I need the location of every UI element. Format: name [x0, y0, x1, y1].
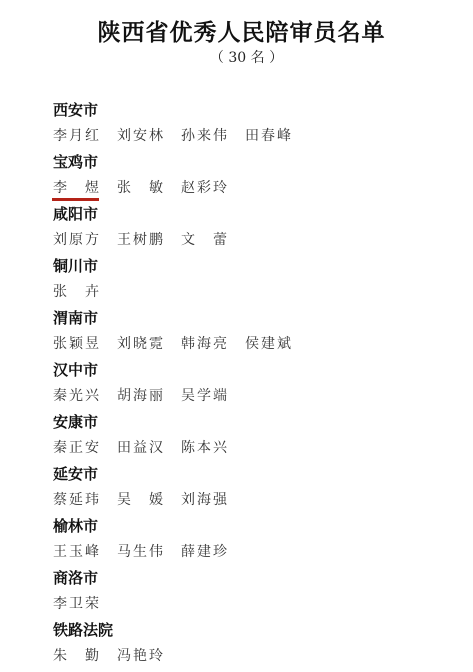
region-heading: 渭南市 [53, 305, 113, 331]
region-group: 榆林市王玉峰马生伟薛建珍 [53, 513, 113, 565]
highlight-underline [52, 198, 99, 201]
juror-name: 刘安林 [117, 123, 165, 149]
juror-name: 孙来伟 [181, 123, 229, 149]
region-heading: 榆林市 [53, 513, 113, 539]
region-group: 铜川市张 卉 [53, 253, 113, 305]
region-heading: 西安市 [53, 97, 113, 123]
region-group: 西安市李月红刘安林孙来伟田春峰 [53, 97, 113, 149]
juror-list: 西安市李月红刘安林孙来伟田春峰宝鸡市李 煜张 敏赵彩玲咸阳市刘原方王树鹏文 蕾铜… [53, 97, 113, 669]
juror-name: 文 蕾 [181, 227, 229, 253]
juror-name: 王树鹏 [117, 227, 165, 253]
names-row: 张颖昱刘晓霓韩海亮侯建斌 [53, 331, 113, 357]
names-row: 张 卉 [53, 279, 113, 305]
juror-name: 刘海强 [181, 487, 229, 513]
region-heading: 咸阳市 [53, 201, 113, 227]
region-group: 延安市蔡延玮吴 媛刘海强 [53, 461, 113, 513]
juror-name: 蔡延玮 [53, 487, 101, 513]
region-group: 商洛市李卫荣 [53, 565, 113, 617]
region-group: 咸阳市刘原方王树鹏文 蕾 [53, 201, 113, 253]
juror-name: 侯建斌 [245, 331, 293, 357]
juror-name: 刘原方 [53, 227, 101, 253]
names-row: 刘原方王树鹏文 蕾 [53, 227, 113, 253]
region-heading: 铜川市 [53, 253, 113, 279]
juror-name: 冯艳玲 [117, 643, 165, 669]
juror-name: 吴学端 [181, 383, 229, 409]
juror-name: 赵彩玲 [181, 175, 229, 201]
region-heading: 安康市 [53, 409, 113, 435]
region-heading: 铁路法院 [53, 617, 113, 643]
region-group: 宝鸡市李 煜张 敏赵彩玲 [53, 149, 113, 201]
juror-name: 秦光兴 [53, 383, 101, 409]
region-heading: 延安市 [53, 461, 113, 487]
region-heading: 汉中市 [53, 357, 113, 383]
juror-name: 李月红 [53, 123, 101, 149]
region-heading: 宝鸡市 [53, 149, 113, 175]
region-group: 安康市秦正安田益汉陈本兴 [53, 409, 113, 461]
juror-name: 李卫荣 [53, 591, 101, 617]
juror-name: 王玉峰 [53, 539, 101, 565]
juror-name: 张 敏 [117, 175, 165, 201]
names-row: 李月红刘安林孙来伟田春峰 [53, 123, 113, 149]
region-heading: 商洛市 [53, 565, 113, 591]
juror-name: 田益汉 [117, 435, 165, 461]
page-title: 陕西省优秀人民陪审员名单 [0, 14, 473, 47]
juror-name: 马生伟 [117, 539, 165, 565]
names-row: 朱 勤冯艳玲 [53, 643, 113, 669]
juror-name: 薛建珍 [181, 539, 229, 565]
juror-name: 张颖昱 [53, 331, 101, 357]
names-row: 李 煜张 敏赵彩玲 [53, 175, 113, 201]
juror-name: 陈本兴 [181, 435, 229, 461]
names-row: 蔡延玮吴 媛刘海强 [53, 487, 113, 513]
names-row: 李卫荣 [53, 591, 113, 617]
region-group: 汉中市秦光兴胡海丽吴学端 [53, 357, 113, 409]
region-group: 铁路法院朱 勤冯艳玲 [53, 617, 113, 669]
juror-name: 朱 勤 [53, 643, 101, 669]
names-row: 秦光兴胡海丽吴学端 [53, 383, 113, 409]
juror-name: 张 卉 [53, 279, 101, 305]
page-subtitle-count: （ 30 名 ） [0, 47, 473, 67]
juror-name: 吴 媛 [117, 487, 165, 513]
juror-name: 秦正安 [53, 435, 101, 461]
region-group: 渭南市张颖昱刘晓霓韩海亮侯建斌 [53, 305, 113, 357]
juror-name: 韩海亮 [181, 331, 229, 357]
juror-name: 刘晓霓 [117, 331, 165, 357]
names-row: 秦正安田益汉陈本兴 [53, 435, 113, 461]
names-row: 王玉峰马生伟薛建珍 [53, 539, 113, 565]
juror-name: 胡海丽 [117, 383, 165, 409]
juror-name: 田春峰 [245, 123, 293, 149]
